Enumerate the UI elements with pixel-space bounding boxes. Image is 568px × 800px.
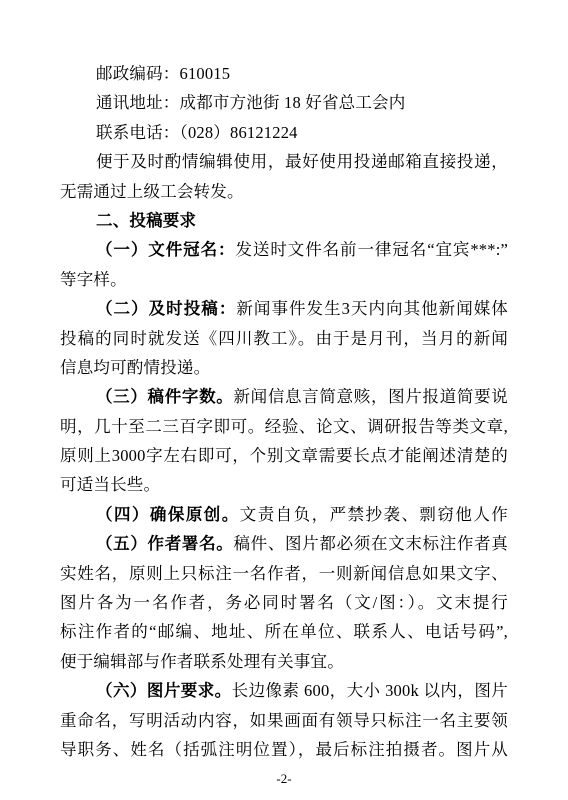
line-text: 新闻信息言简意赅，图片报道简要说	[234, 387, 509, 406]
item-label: （五）作者署名。	[96, 534, 234, 553]
line-text: 通讯地址：成都市方池街 18 好省总工会内	[96, 93, 405, 112]
line-text: 信息均可酌情投递。	[60, 358, 210, 377]
text-line: 重命名，写明活动内容，如果画面有领导只标注一名主要领	[60, 706, 508, 735]
line-text: 等字样。	[60, 270, 127, 289]
text-line: 图片各为一名作者，务必同时署名（文/图：）。文末提行	[60, 588, 508, 617]
item-label: （二）及时投稿：	[96, 299, 236, 318]
text-line: 导职务、姓名（括弧注明位置），最后标注拍摄者。图片从	[60, 735, 508, 764]
heading-text: 二、投稿要求	[96, 211, 196, 230]
phone-line: 联系电话：（028）86121224	[60, 118, 508, 147]
text-line: 可适当长些。	[60, 470, 508, 499]
page-number: -2-	[0, 771, 568, 787]
item-6-line: （六）图片要求。长边像素 600，大小 300k 以内，图片	[60, 676, 508, 705]
line-text: 发送时文件名前一律冠名“宜宾***:”	[235, 240, 508, 259]
line-text: 重命名，写明活动内容，如果画面有领导只标注一名主要领	[60, 711, 508, 730]
line-text: 便于编辑部与作者联系处理有关事宜。	[60, 652, 344, 671]
document-page: 邮政编码：610015 通讯地址：成都市方池街 18 好省总工会内 联系电话：（…	[0, 0, 568, 800]
postal-code-line: 邮政编码：610015	[60, 59, 508, 88]
text-line: 等字样。	[60, 265, 508, 294]
line-text: 原则上3000字左右即可，个别文章需要长点才能阐述清楚的	[60, 446, 508, 465]
section-heading: 二、投稿要求	[60, 206, 508, 235]
item-3-line: （三）稿件字数。新闻信息言简意赅，图片报道简要说	[60, 382, 508, 411]
item-5-line: （五）作者署名。稿件、图片都必须在文末标注作者真	[60, 529, 508, 558]
item-label: （六）图片要求。	[96, 681, 232, 700]
line-text: 便于及时酌情编辑使用，最好使用投递邮箱直接投递，	[96, 152, 508, 171]
item-label: （一）文件冠名：	[96, 240, 235, 259]
item-4-line: （四）确保原创。文责自负，严禁抄袭、剽窃他人作品。	[60, 500, 508, 529]
item-label: （四）确保原创。	[96, 505, 240, 524]
line-text: 可适当长些。	[60, 475, 160, 494]
line-text: 导职务、姓名（括弧注明位置），最后标注拍摄者。图片从	[60, 740, 508, 759]
text-line: 信息均可酌情投递。	[60, 353, 508, 382]
text-line: 明，几十至二三百字即可。经验、论文、调研报告等类文章,	[60, 412, 508, 441]
line-text: 联系电话：（028）86121224	[96, 123, 298, 142]
item-2-line: （二）及时投稿：新闻事件发生3天内向其他新闻媒体	[60, 294, 508, 323]
line-text: 新闻事件发生3天内向其他新闻媒体	[236, 299, 508, 318]
line-text: 图片各为一名作者，务必同时署名（文/图：）。文末提行	[60, 593, 508, 612]
line-text: 实姓名，原则上只标注一名作者，一则新闻信息如果文字、	[60, 564, 508, 583]
item-label: （三）稿件字数。	[96, 387, 234, 406]
text-line: 无需通过上级工会转发。	[60, 177, 508, 206]
address-line: 通讯地址：成都市方池街 18 好省总工会内	[60, 88, 508, 117]
text-line: 投稿的同时就发送《四川教工》。由于是月刊，当月的新闻	[60, 324, 508, 353]
text-line: 标注作者的“邮编、地址、所在单位、联系人、电话号码”,	[60, 617, 508, 646]
line-text: 投稿的同时就发送《四川教工》。由于是月刊，当月的新闻	[60, 329, 508, 348]
text-line: 实姓名，原则上只标注一名作者，一则新闻信息如果文字、	[60, 559, 508, 588]
text-line: 便于及时酌情编辑使用，最好使用投递邮箱直接投递，	[60, 147, 508, 176]
line-text: 明，几十至二三百字即可。经验、论文、调研报告等类文章,	[60, 417, 508, 436]
line-text: 邮政编码：610015	[96, 64, 230, 83]
line-text: 无需通过上级工会转发。	[60, 182, 244, 201]
line-text: 长边像素 600，大小 300k 以内，图片	[232, 681, 508, 700]
text-line: 便于编辑部与作者联系处理有关事宜。	[60, 647, 508, 676]
line-text: 稿件、图片都必须在文末标注作者真	[234, 534, 509, 553]
text-line: 原则上3000字左右即可，个别文章需要长点才能阐述清楚的	[60, 441, 508, 470]
line-text: 标注作者的“邮编、地址、所在单位、联系人、电话号码”,	[60, 622, 508, 641]
document-body: 邮政编码：610015 通讯地址：成都市方池街 18 好省总工会内 联系电话：（…	[60, 59, 508, 764]
item-1-line: （一）文件冠名：发送时文件名前一律冠名“宜宾***:”	[60, 235, 508, 264]
